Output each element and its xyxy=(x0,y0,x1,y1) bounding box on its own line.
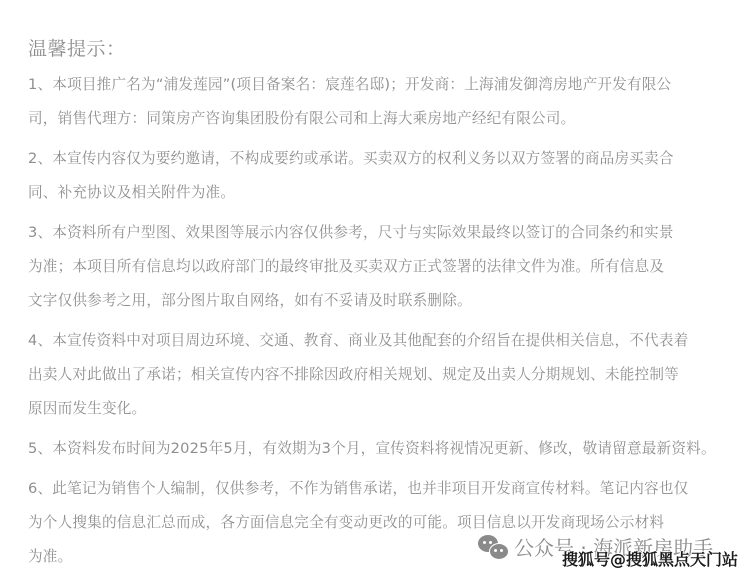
notice-line: 司，销售代理方：同策房产咨询集团股份有限公司和上海大乘房地产经纪有限公司。 xyxy=(28,107,575,128)
notice-line: 为个人搜集的信息汇总而成，各方面信息完全有变动更改的可能。项目信息以开发商现场公… xyxy=(28,511,664,532)
notice-line: 同、补充协议及相关附件为准。 xyxy=(28,181,235,202)
notice-line: 为准；本项目所有信息均以政府部门的最终审批及买卖双方正式签署的法律文件为准。所有… xyxy=(28,255,664,276)
notice-line: 原因而发生变化。 xyxy=(28,397,146,418)
notice-title: 温馨提示： xyxy=(28,34,126,61)
notice-line: 3、本资料所有户型图、效果图等展示内容仅供参考，尺寸与实际效果最终以签订的合同条… xyxy=(28,221,674,242)
notice-line: 6、此笔记为销售个人编制，仅供参考，不作为销售承诺，也并非项目开发商宣传材料。笔… xyxy=(28,477,688,498)
wechat-icon xyxy=(478,535,508,559)
notice-line: 2、本宣传内容仅为要约邀请，不构成要约或承诺。买卖双方的权利义务以双方签署的商品… xyxy=(28,147,674,168)
notice-line: 1、本项目推广名为“浦发莲园”(项目备案名：宸莲名邸)；开发商：上海浦发御湾房地… xyxy=(28,73,671,94)
notice-line: 为准。 xyxy=(28,545,72,566)
notice-line: 文字仅供参考之用，部分图片取自网络，如有不妥请及时联系删除。 xyxy=(28,289,472,310)
notice-line: 出卖人对此做出了承诺；相关宣传内容不排除因政府相关规划、规定及出卖人分期规划、未… xyxy=(28,363,679,384)
notice-line: 4、本宣传资料中对项目周边环境、交通、教育、商业及其他配套的介绍旨在提供相关信息… xyxy=(28,329,688,350)
sohu-watermark: 搜狐号@搜狐黑点天门站 xyxy=(562,547,738,570)
notice-line: 5、本资料发布时间为2025年5月，有效期为3个月，宣传资料将视情况更新、修改，… xyxy=(28,437,716,458)
